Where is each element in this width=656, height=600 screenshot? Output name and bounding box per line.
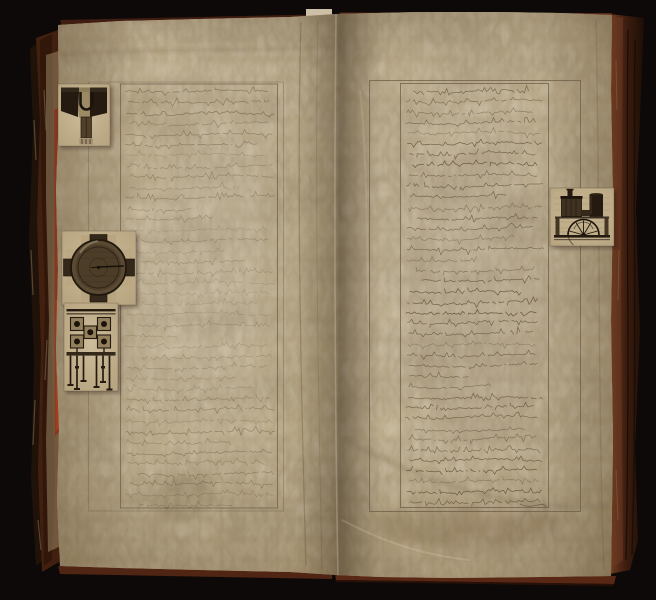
clamp-device-engraving	[58, 84, 113, 149]
engine-tank	[562, 198, 582, 217]
circular-valve-engraving	[62, 231, 139, 308]
rod-mechanism-engraving	[64, 303, 121, 394]
engine-boiler	[590, 195, 604, 217]
book-photo	[0, 0, 656, 600]
valve-needle	[99, 266, 125, 267]
photo-stage	[0, 0, 656, 600]
steam-engine-engraving	[550, 188, 617, 249]
